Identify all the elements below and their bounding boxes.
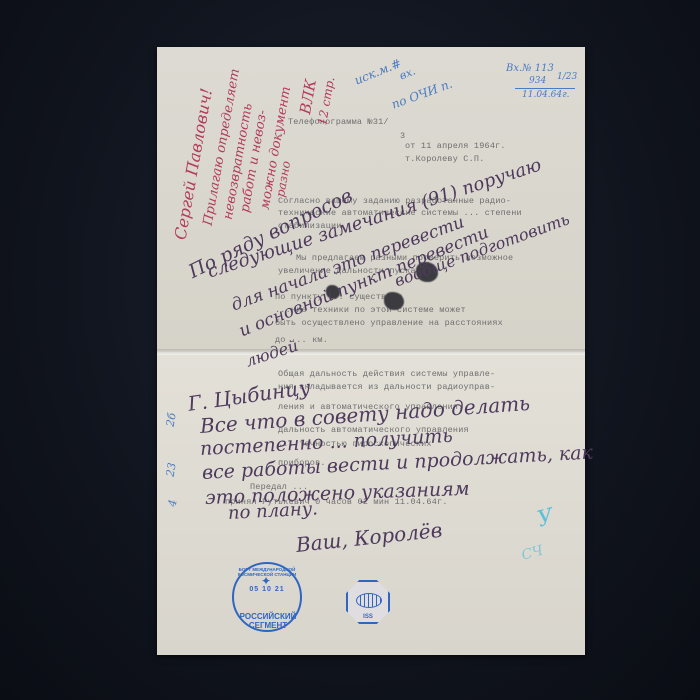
stamp-label-line2: СЕГМЕНТ [238,621,298,630]
blue-margin-number: 2б [164,412,179,428]
registration-fraction: 1/23 [557,72,577,82]
registration-sub: 934 [529,76,546,86]
registration-date: 11.04.64г. [522,90,570,100]
blue-margin-number: 23 [164,462,179,478]
typed-line: Общая дальность действия системы управле… [278,369,495,379]
ink-blot [384,292,404,310]
stamp-date: 05 10 21 [234,586,300,593]
typed-header: Телефонограмма №31/ [288,117,389,127]
typed-line: быть осуществлено управление на расстоян… [275,318,503,328]
typed-number-suffix: 3 [400,131,405,141]
registration-rule [515,88,575,89]
typed-date-line: от 11 апреля 1964г. [405,141,506,151]
fold-crease [157,349,585,355]
stamp-label: РОССИЙСКИЙ СЕГМЕНТ [238,612,298,630]
globe-icon [356,593,382,608]
stamp-label-line1: РОССИЙСКИЙ [238,612,298,621]
typed-addressee: т.Королеву С.П. [405,154,485,164]
registration-number: Вх.№ 113 [506,63,554,74]
